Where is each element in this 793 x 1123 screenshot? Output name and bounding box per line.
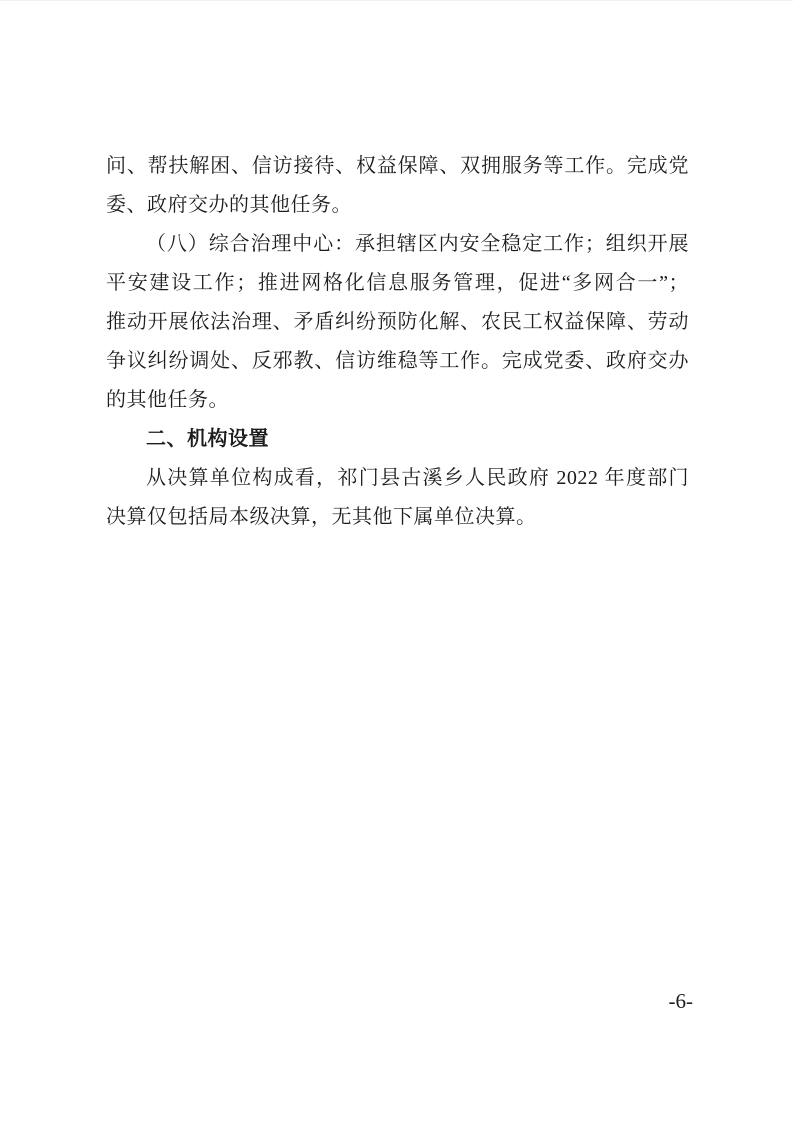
text-line: 问、帮扶解困、信访接待、权益保障、双拥服务等工作。完成党 (106, 147, 689, 186)
paragraph-section-8: （八）综合治理中心：承担辖区内安全稳定工作；组织开展 平安建设工作；推进网格化信… (106, 225, 689, 420)
text-line: 推动开展依法治理、矛盾纠纷预防化解、农民工权益保障、劳动 (106, 303, 689, 342)
paragraph-continuation: 问、帮扶解困、信访接待、权益保障、双拥服务等工作。完成党 委、政府交办的其他任务… (106, 147, 689, 225)
document-body: 问、帮扶解困、信访接待、权益保障、双拥服务等工作。完成党 委、政府交办的其他任务… (106, 147, 689, 537)
paragraph-org-setup: 从决算单位构成看，祁门县古溪乡人民政府 2022 年度部门 决算仅包括局本级决算… (106, 459, 689, 537)
text-line: 争议纠纷调处、反邪教、信访维稳等工作。完成党委、政府交办 (106, 342, 689, 381)
document-page: 问、帮扶解困、信访接待、权益保障、双拥服务等工作。完成党 委、政府交办的其他任务… (0, 0, 793, 1123)
text-line: 的其他任务。 (106, 381, 689, 420)
section-heading: 二、机构设置 (106, 420, 689, 459)
page-number: -6- (669, 989, 694, 1013)
text-line: （八）综合治理中心：承担辖区内安全稳定工作；组织开展 (106, 225, 689, 264)
text-line: 从决算单位构成看，祁门县古溪乡人民政府 2022 年度部门 (106, 459, 689, 498)
section-heading-block: 二、机构设置 (106, 420, 689, 459)
text-line: 平安建设工作；推进网格化信息服务管理，促进“多网合一”； (106, 264, 689, 303)
text-line: 决算仅包括局本级决算，无其他下属单位决算。 (106, 498, 689, 537)
text-line: 委、政府交办的其他任务。 (106, 186, 689, 225)
